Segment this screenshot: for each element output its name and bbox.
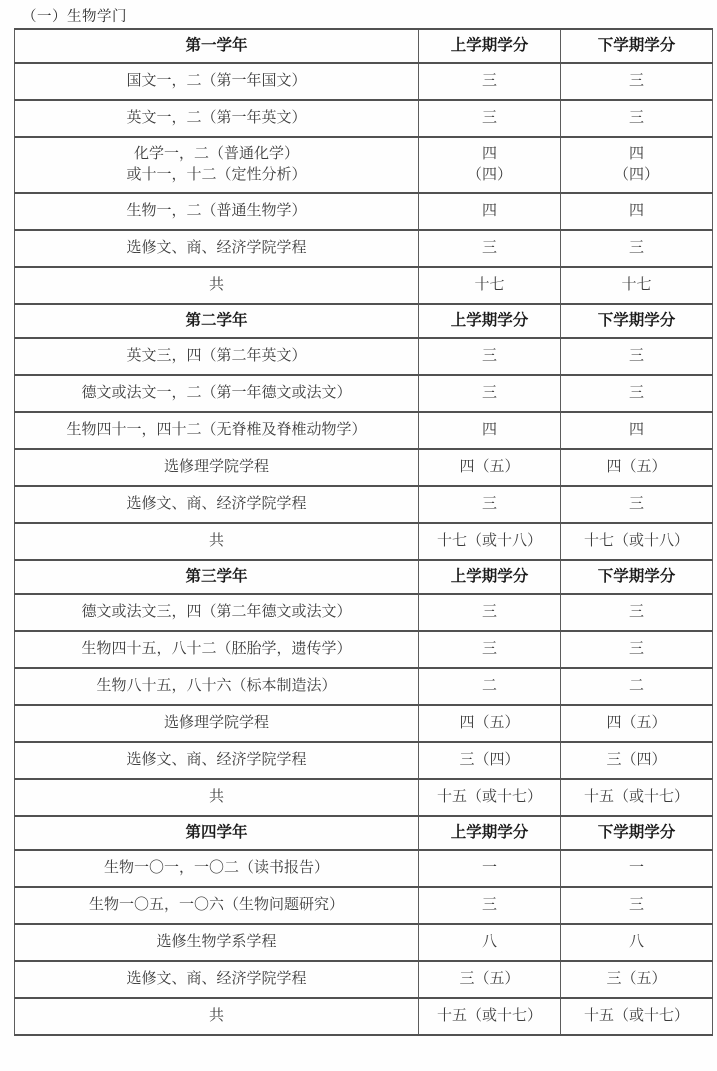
first-semester-credit-cell: 十五（或十七）: [419, 779, 561, 816]
second-semester-credit-cell: 四（五）: [561, 449, 713, 486]
course-row: 选修文、商、经济学院学程三（四）三（四）: [15, 742, 713, 779]
year-label-cell: 第三学年: [15, 560, 419, 594]
second-semester-credit-cell: 三: [561, 230, 713, 267]
course-row: 选修文、商、经济学院学程三（五）三（五）: [15, 961, 713, 998]
course-cell: 选修理学院学程: [15, 449, 419, 486]
course-row: 生物一〇五，一〇六（生物问题研究）三三: [15, 887, 713, 924]
first-semester-credit-cell: 四（五）: [419, 449, 561, 486]
course-row: 选修文、商、经济学院学程三三: [15, 230, 713, 267]
course-row: 选修文、商、经济学院学程三三: [15, 486, 713, 523]
total-row: 共十五（或十七）十五（或十七）: [15, 998, 713, 1035]
second-semester-credit-cell: 四: [561, 412, 713, 449]
first-semester-credit-cell: 三: [419, 375, 561, 412]
second-semester-credit-cell: 下学期学分: [561, 29, 713, 63]
year-header-row: 第二学年上学期学分下学期学分: [15, 304, 713, 338]
course-cell: 德文或法文一，二（第一年德文或法文）: [15, 375, 419, 412]
second-semester-credit-cell: 四: [561, 193, 713, 230]
year-label-cell: 第一学年: [15, 29, 419, 63]
second-semester-credit-cell: 十五（或十七）: [561, 998, 713, 1035]
course-cell: 化学一，二（普通化学） 或十一，十二（定性分析）: [15, 137, 419, 193]
course-cell: 选修文、商、经济学院学程: [15, 486, 419, 523]
course-cell: 共: [15, 267, 419, 304]
course-row: 国文一，二（第一年国文）三三: [15, 63, 713, 100]
course-cell: 生物一〇五，一〇六（生物问题研究）: [15, 887, 419, 924]
first-semester-credit-cell: 三: [419, 100, 561, 137]
course-row: 选修生物学系学程八八: [15, 924, 713, 961]
document-page: （一）生物学门 第一学年上学期学分下学期学分国文一，二（第一年国文）三三英文一，…: [0, 0, 717, 1071]
course-row: 生物一，二（普通生物学）四四: [15, 193, 713, 230]
course-row: 英文三，四（第二年英文）三三: [15, 338, 713, 375]
second-semester-credit-cell: 三: [561, 631, 713, 668]
second-semester-credit-cell: 四 （四）: [561, 137, 713, 193]
course-cell: 英文一，二（第一年英文）: [15, 100, 419, 137]
course-row: 生物四十一，四十二（无脊椎及脊椎动物学）四四: [15, 412, 713, 449]
second-semester-credit-cell: 三（五）: [561, 961, 713, 998]
first-semester-credit-cell: 三: [419, 63, 561, 100]
course-cell: 生物四十一，四十二（无脊椎及脊椎动物学）: [15, 412, 419, 449]
course-row: 选修理学院学程四（五）四（五）: [15, 449, 713, 486]
first-semester-credit-cell: 四（五）: [419, 705, 561, 742]
first-semester-credit-cell: 四: [419, 193, 561, 230]
course-cell: 生物八十五，八十六（标本制造法）: [15, 668, 419, 705]
first-semester-credit-cell: 上学期学分: [419, 560, 561, 594]
year-header-row: 第四学年上学期学分下学期学分: [15, 816, 713, 850]
first-semester-credit-cell: 四: [419, 412, 561, 449]
second-semester-credit-cell: 三: [561, 594, 713, 631]
course-cell: 生物四十五，八十二（胚胎学，遗传学）: [15, 631, 419, 668]
second-semester-credit-cell: 三: [561, 887, 713, 924]
second-semester-credit-cell: 三: [561, 338, 713, 375]
first-semester-credit-cell: 四 （四）: [419, 137, 561, 193]
total-row: 共十七十七: [15, 267, 713, 304]
course-cell: 德文或法文三，四（第二年德文或法文）: [15, 594, 419, 631]
second-semester-credit-cell: 三: [561, 375, 713, 412]
first-semester-credit-cell: 上学期学分: [419, 304, 561, 338]
year-header-row: 第一学年上学期学分下学期学分: [15, 29, 713, 63]
first-semester-credit-cell: 三（五）: [419, 961, 561, 998]
first-semester-credit-cell: 三: [419, 486, 561, 523]
course-cell: 共: [15, 779, 419, 816]
year-header-row: 第三学年上学期学分下学期学分: [15, 560, 713, 594]
first-semester-credit-cell: 上学期学分: [419, 29, 561, 63]
total-row: 共十七（或十八）十七（或十八）: [15, 523, 713, 560]
course-cell: 生物一，二（普通生物学）: [15, 193, 419, 230]
first-semester-credit-cell: 三: [419, 631, 561, 668]
section-title: （一）生物学门: [22, 5, 127, 26]
second-semester-credit-cell: 三: [561, 486, 713, 523]
second-semester-credit-cell: 十七: [561, 267, 713, 304]
course-cell: 英文三，四（第二年英文）: [15, 338, 419, 375]
course-cell: 共: [15, 523, 419, 560]
course-cell: 共: [15, 998, 419, 1035]
first-semester-credit-cell: 三: [419, 594, 561, 631]
course-row: 生物八十五，八十六（标本制造法）二二: [15, 668, 713, 705]
second-semester-credit-cell: 二: [561, 668, 713, 705]
first-semester-credit-cell: 十五（或十七）: [419, 998, 561, 1035]
course-row: 化学一，二（普通化学） 或十一，十二（定性分析）四 （四）四 （四）: [15, 137, 713, 193]
course-cell: 选修文、商、经济学院学程: [15, 961, 419, 998]
curriculum-table: 第一学年上学期学分下学期学分国文一，二（第一年国文）三三英文一，二（第一年英文）…: [14, 28, 713, 1036]
second-semester-credit-cell: 下学期学分: [561, 304, 713, 338]
year-label-cell: 第四学年: [15, 816, 419, 850]
course-row: 生物一〇一，一〇二（读书报告）一一: [15, 850, 713, 887]
second-semester-credit-cell: 十七（或十八）: [561, 523, 713, 560]
total-row: 共十五（或十七）十五（或十七）: [15, 779, 713, 816]
year-label-cell: 第二学年: [15, 304, 419, 338]
course-row: 德文或法文三，四（第二年德文或法文）三三: [15, 594, 713, 631]
course-cell: 选修生物学系学程: [15, 924, 419, 961]
first-semester-credit-cell: 十七（或十八）: [419, 523, 561, 560]
first-semester-credit-cell: 三: [419, 230, 561, 267]
curriculum-table-body: 第一学年上学期学分下学期学分国文一，二（第一年国文）三三英文一，二（第一年英文）…: [15, 29, 713, 1035]
second-semester-credit-cell: 四（五）: [561, 705, 713, 742]
second-semester-credit-cell: 十五（或十七）: [561, 779, 713, 816]
second-semester-credit-cell: 三（四）: [561, 742, 713, 779]
second-semester-credit-cell: 八: [561, 924, 713, 961]
course-row: 英文一，二（第一年英文）三三: [15, 100, 713, 137]
first-semester-credit-cell: 三: [419, 338, 561, 375]
first-semester-credit-cell: 八: [419, 924, 561, 961]
course-row: 德文或法文一，二（第一年德文或法文）三三: [15, 375, 713, 412]
second-semester-credit-cell: 下学期学分: [561, 560, 713, 594]
course-cell: 国文一，二（第一年国文）: [15, 63, 419, 100]
first-semester-credit-cell: 三: [419, 887, 561, 924]
second-semester-credit-cell: 一: [561, 850, 713, 887]
course-cell: 选修文、商、经济学院学程: [15, 742, 419, 779]
first-semester-credit-cell: 三（四）: [419, 742, 561, 779]
first-semester-credit-cell: 一: [419, 850, 561, 887]
second-semester-credit-cell: 三: [561, 100, 713, 137]
course-row: 生物四十五，八十二（胚胎学，遗传学）三三: [15, 631, 713, 668]
course-cell: 选修理学院学程: [15, 705, 419, 742]
course-cell: 选修文、商、经济学院学程: [15, 230, 419, 267]
first-semester-credit-cell: 上学期学分: [419, 816, 561, 850]
first-semester-credit-cell: 十七: [419, 267, 561, 304]
second-semester-credit-cell: 下学期学分: [561, 816, 713, 850]
course-row: 选修理学院学程四（五）四（五）: [15, 705, 713, 742]
second-semester-credit-cell: 三: [561, 63, 713, 100]
course-cell: 生物一〇一，一〇二（读书报告）: [15, 850, 419, 887]
first-semester-credit-cell: 二: [419, 668, 561, 705]
